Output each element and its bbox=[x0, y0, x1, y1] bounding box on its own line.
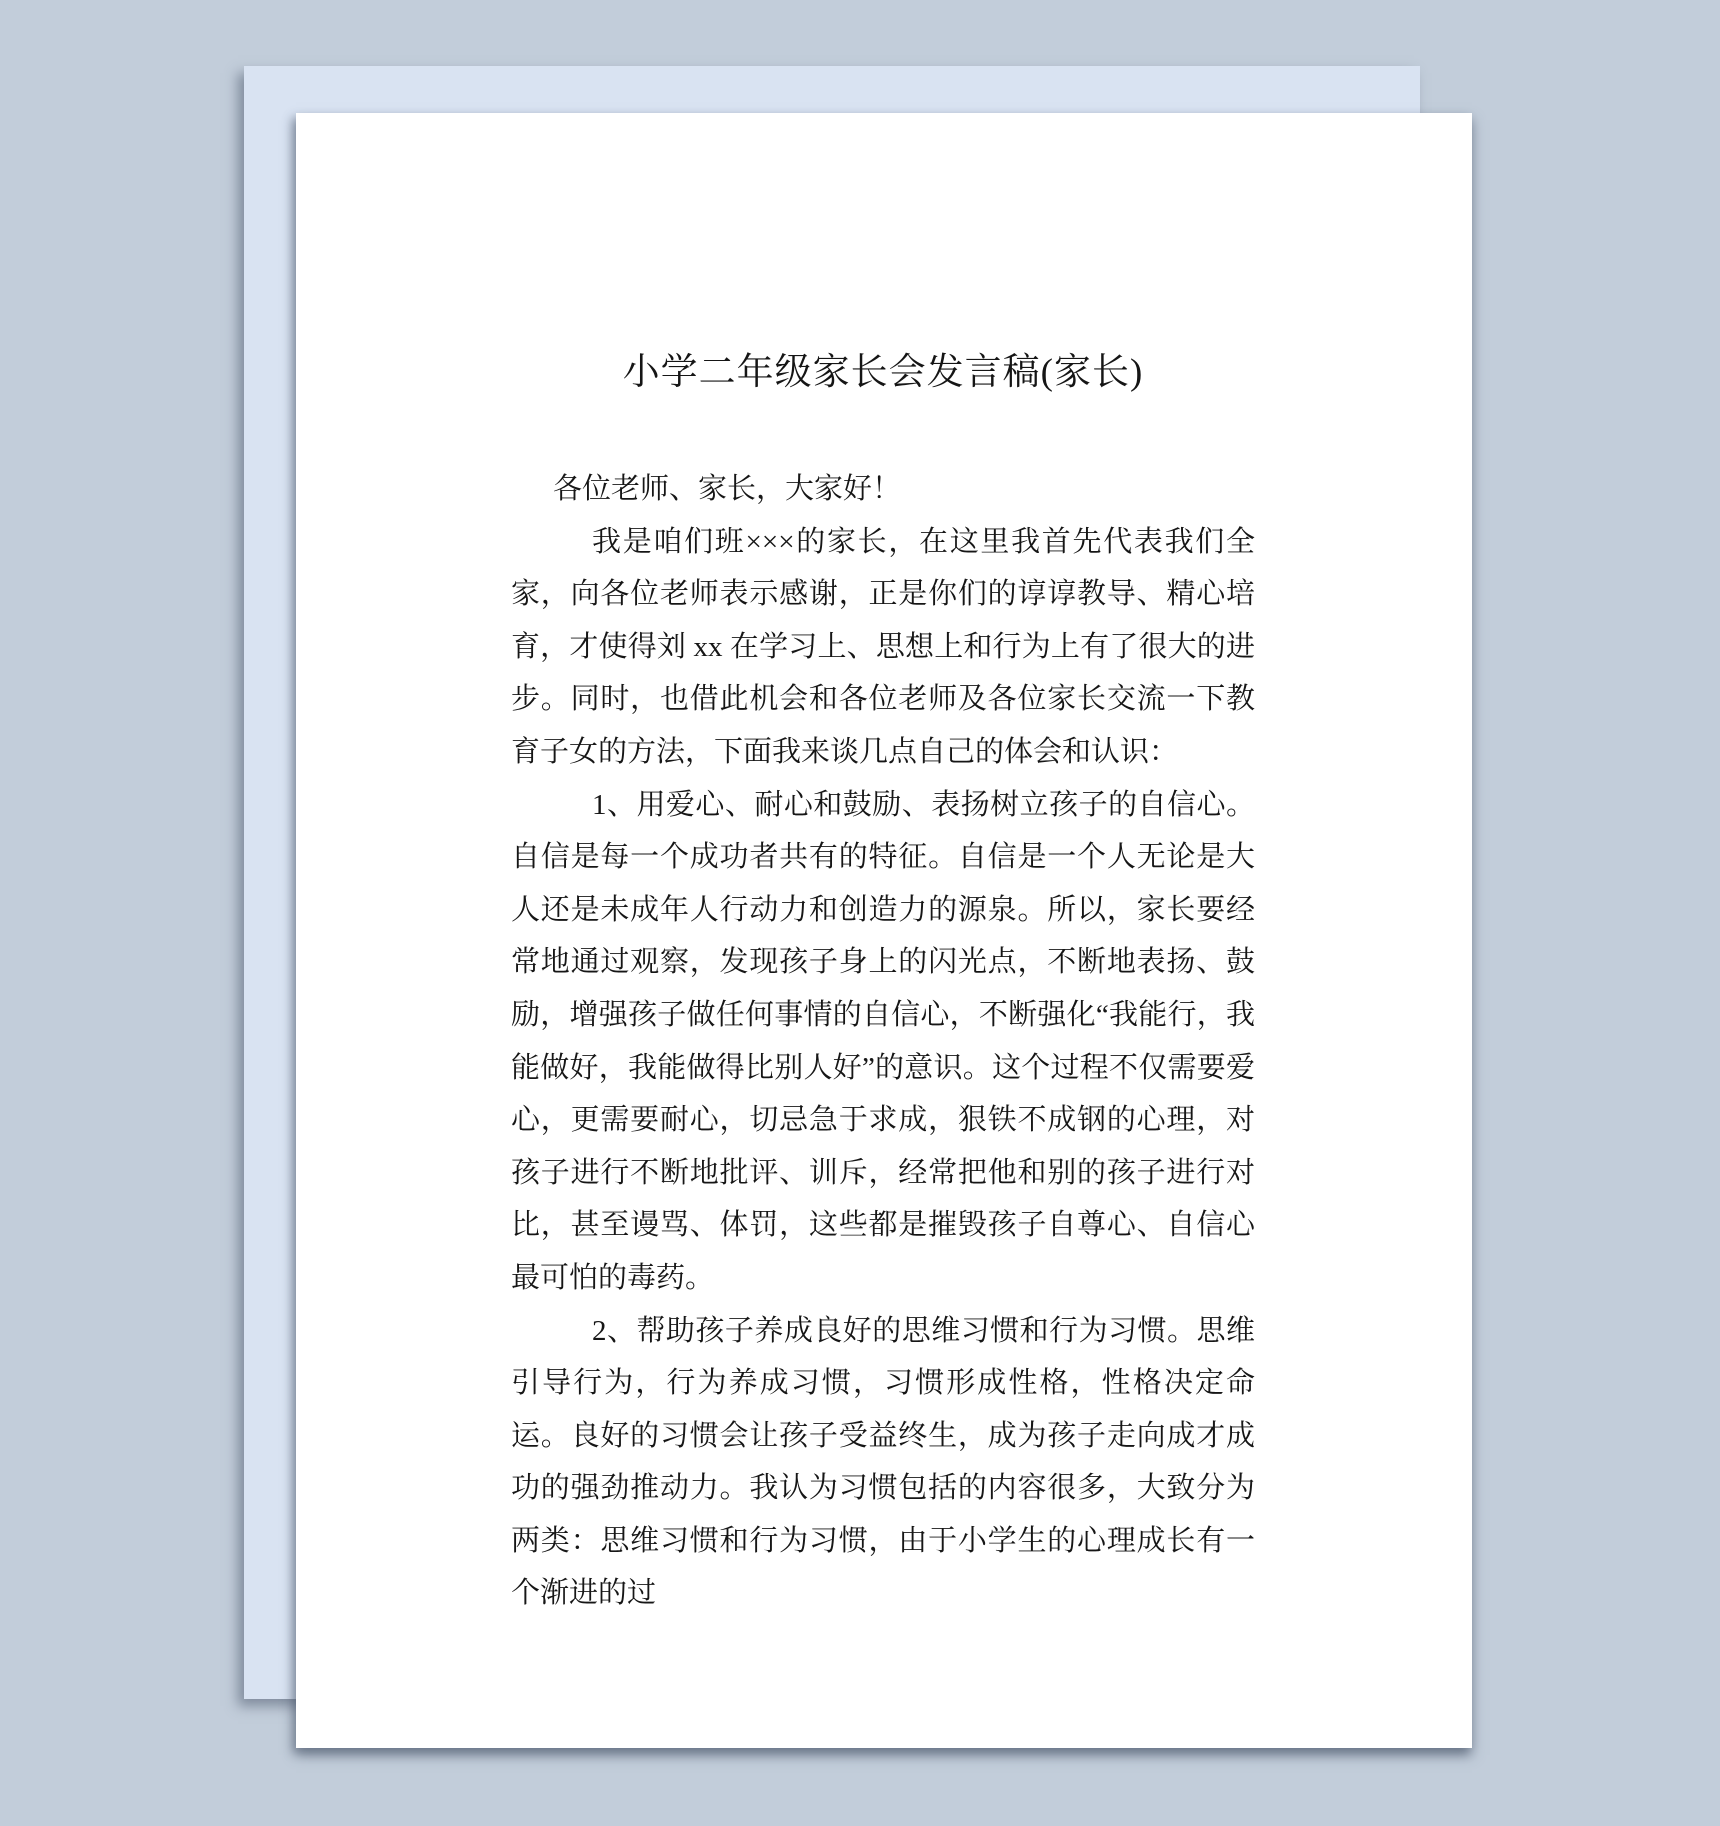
paragraph-greeting: 各位老师、家长，大家好！ bbox=[511, 463, 1255, 516]
document-title: 小学二年级家长会发言稿(家长) bbox=[511, 341, 1255, 395]
document-viewer-canvas: 小学二年级家长会发言稿(家长) 各位老师、家长，大家好！ 我是咱们班×××的家长… bbox=[0, 0, 1720, 1826]
paragraph-point-1-confidence: 1、用爱心、耐心和鼓励、表扬树立孩子的自信心。自信是每一个成功者共有的特征。自信… bbox=[511, 779, 1255, 1305]
paragraph-point-2-habits: 2、帮助孩子养成良好的思维习惯和行为习惯。思维引导行为，行为养成习惯，习惯形成性… bbox=[511, 1305, 1255, 1621]
document-body: 各位老师、家长，大家好！ 我是咱们班×××的家长，在这里我首先代表我们全家，向各… bbox=[511, 463, 1255, 1620]
paragraph-introduction: 我是咱们班×××的家长，在这里我首先代表我们全家，向各位老师表示感谢，正是你们的… bbox=[511, 516, 1255, 779]
document-page: 小学二年级家长会发言稿(家长) 各位老师、家长，大家好！ 我是咱们班×××的家长… bbox=[296, 113, 1472, 1748]
